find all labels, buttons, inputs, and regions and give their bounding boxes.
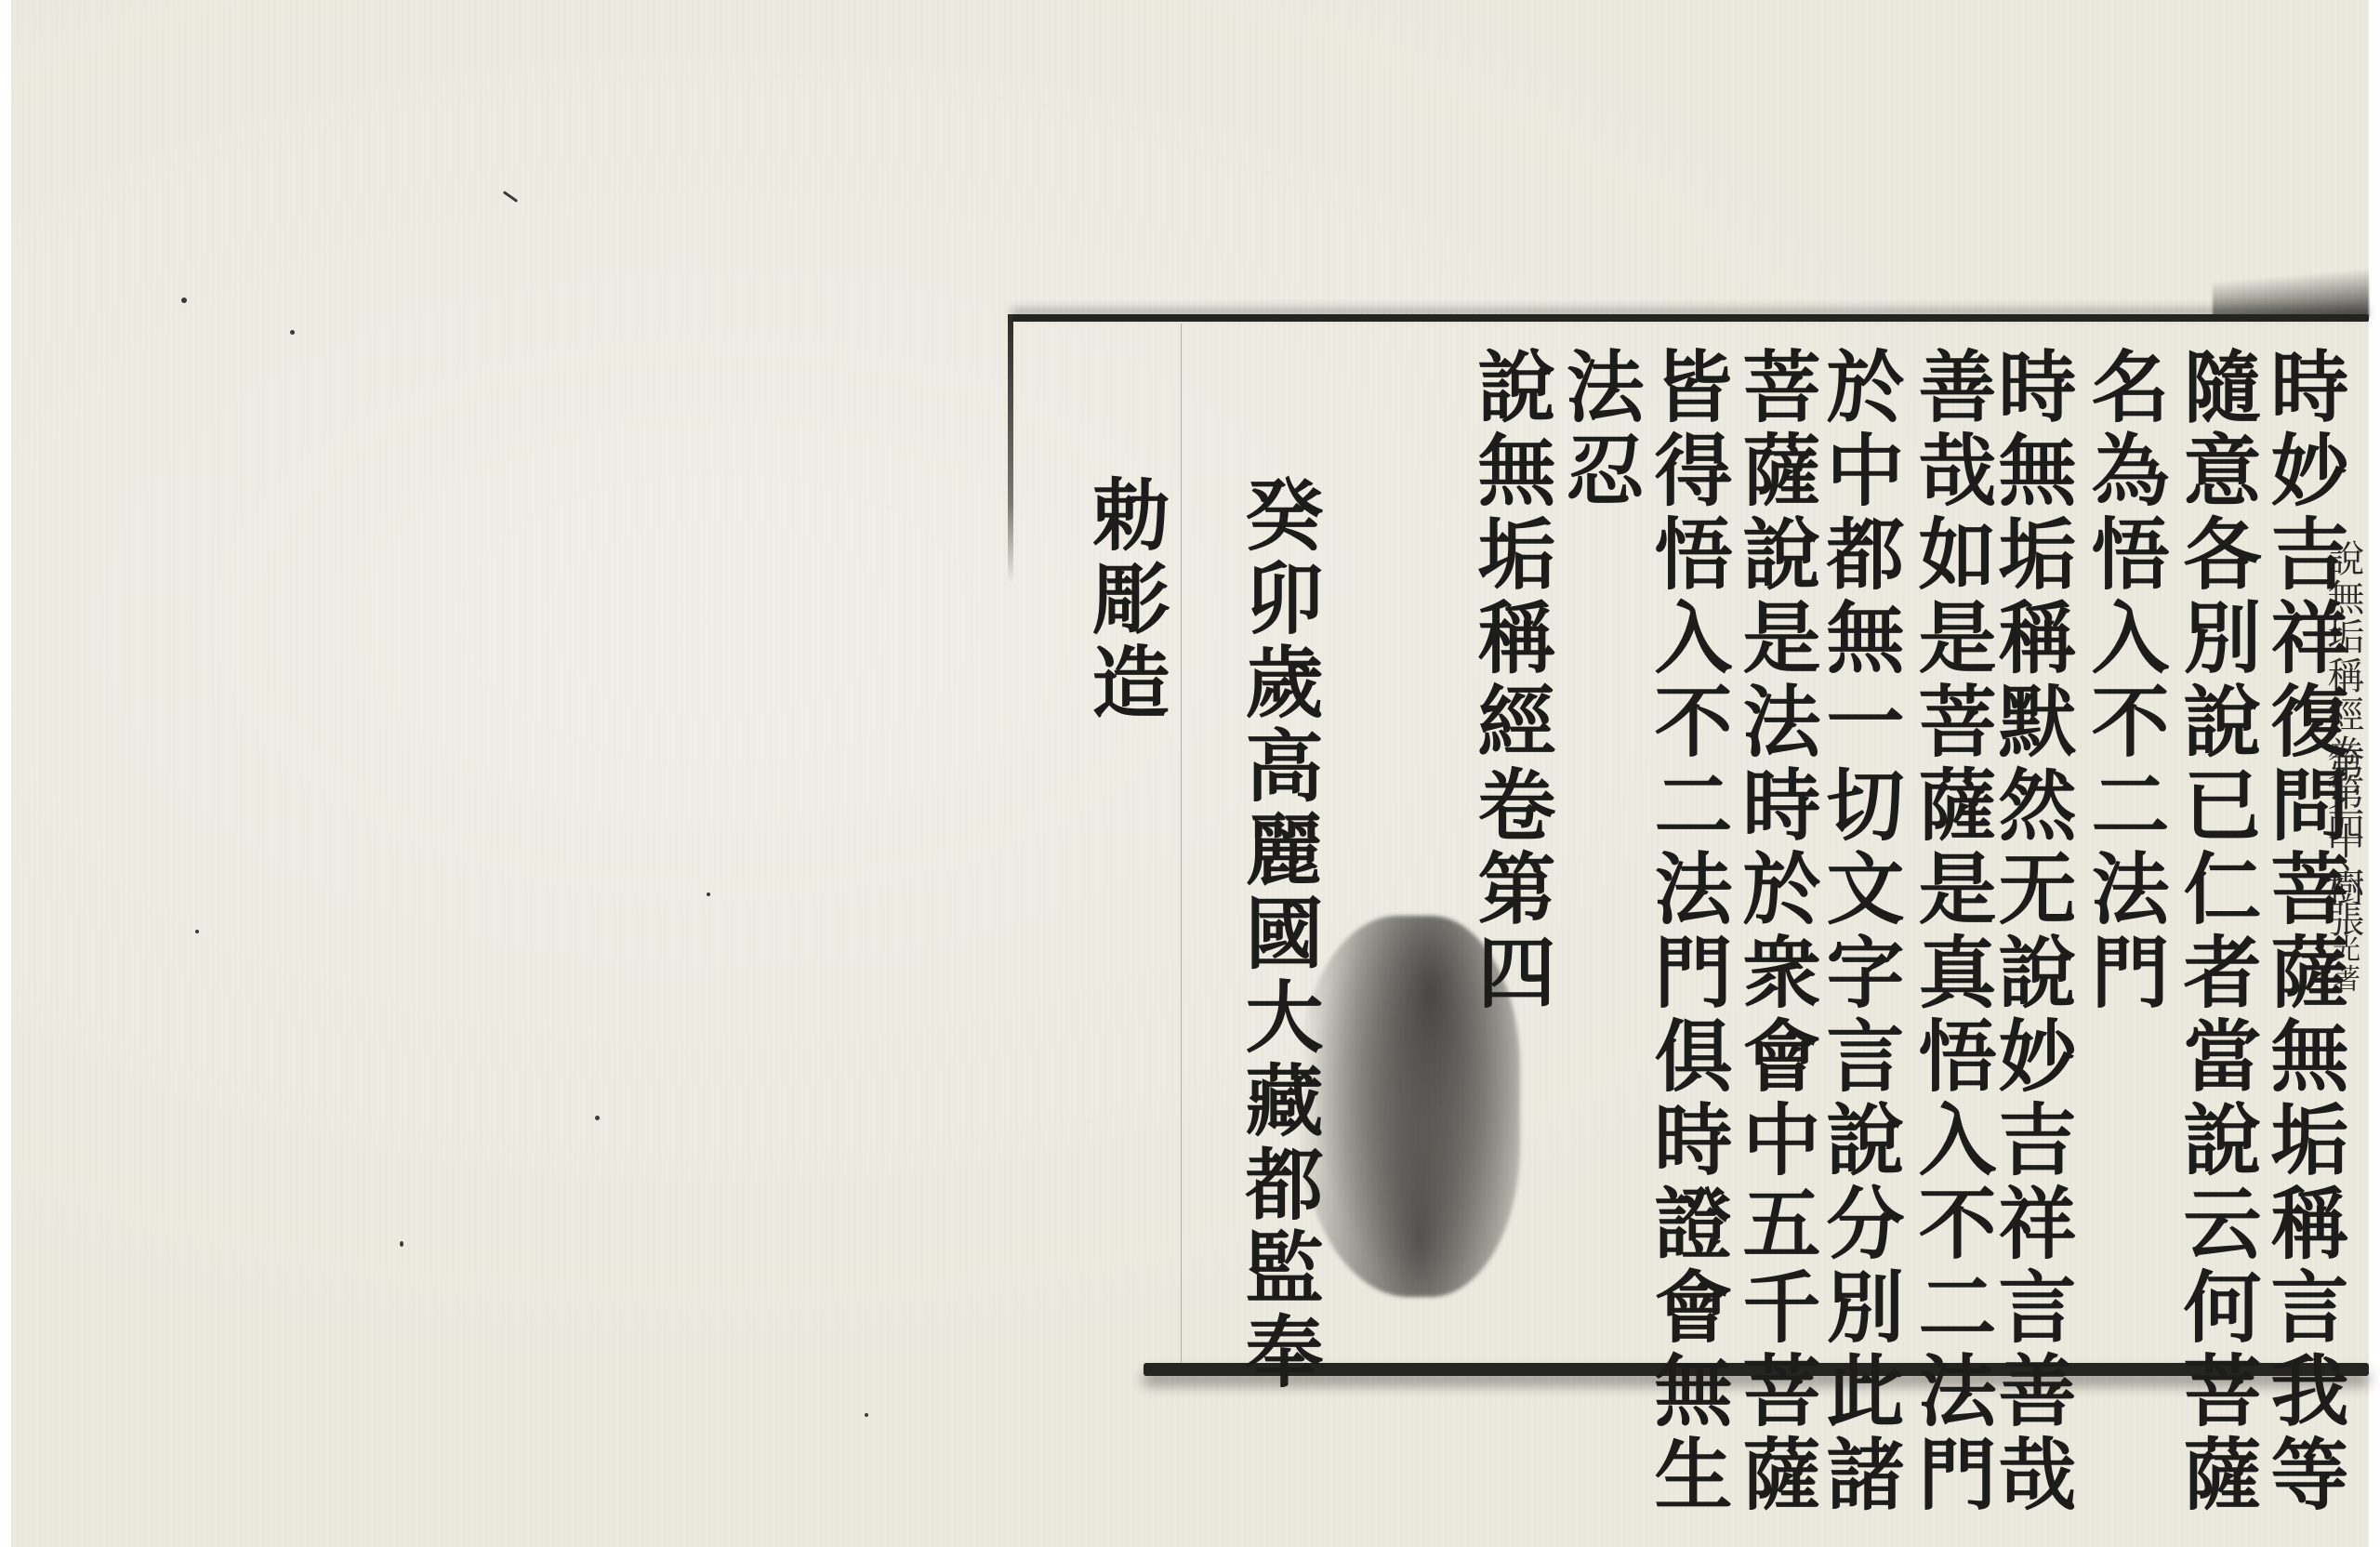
column-rule [1181,324,1182,1365]
paper-speck [595,1116,600,1120]
text-column-5: 善哉如是菩薩是真悟入不二法門 [1912,346,1990,1517]
text-column-7: 菩薩說是法時於衆會中五千菩薩 [1737,346,1815,1517]
paper-speck [865,1413,868,1417]
text-column-1: 時妙吉祥復問菩薩無垢稱言我等 [2265,346,2343,1517]
paper-speck [400,1241,403,1247]
frame-top-ink-bleed [2213,270,2369,318]
frame-left-border [1008,314,1013,584]
colophon-line-1: 癸卯歲高麗國大藏都監奉 [1239,474,1317,1395]
text-column-4: 時無垢稱默然无說妙吉祥言善哉 [1992,346,2070,1517]
colophon-line-2: 勅彫造 [1086,474,1164,725]
text-column-3: 名為悟入不二法門 [2085,346,2163,1015]
frame-top-border [1011,314,2369,322]
text-column-8: 皆得悟入不二法門俱時證會無生 [1648,346,1726,1517]
text-column-6: 於中都無一切文字言說分別此諸 [1820,346,1898,1517]
paper-speck [707,892,710,896]
paper-speck [195,930,199,933]
paper-speck [290,330,295,335]
paper-speck [181,297,187,303]
scroll-end-title: 說無垢稱經卷第四 [1472,346,1550,1015]
text-column-2: 隨意各別說已仁者當說云何菩薩 [2177,346,2255,1517]
text-column-9: 法忍 [1560,346,1638,513]
